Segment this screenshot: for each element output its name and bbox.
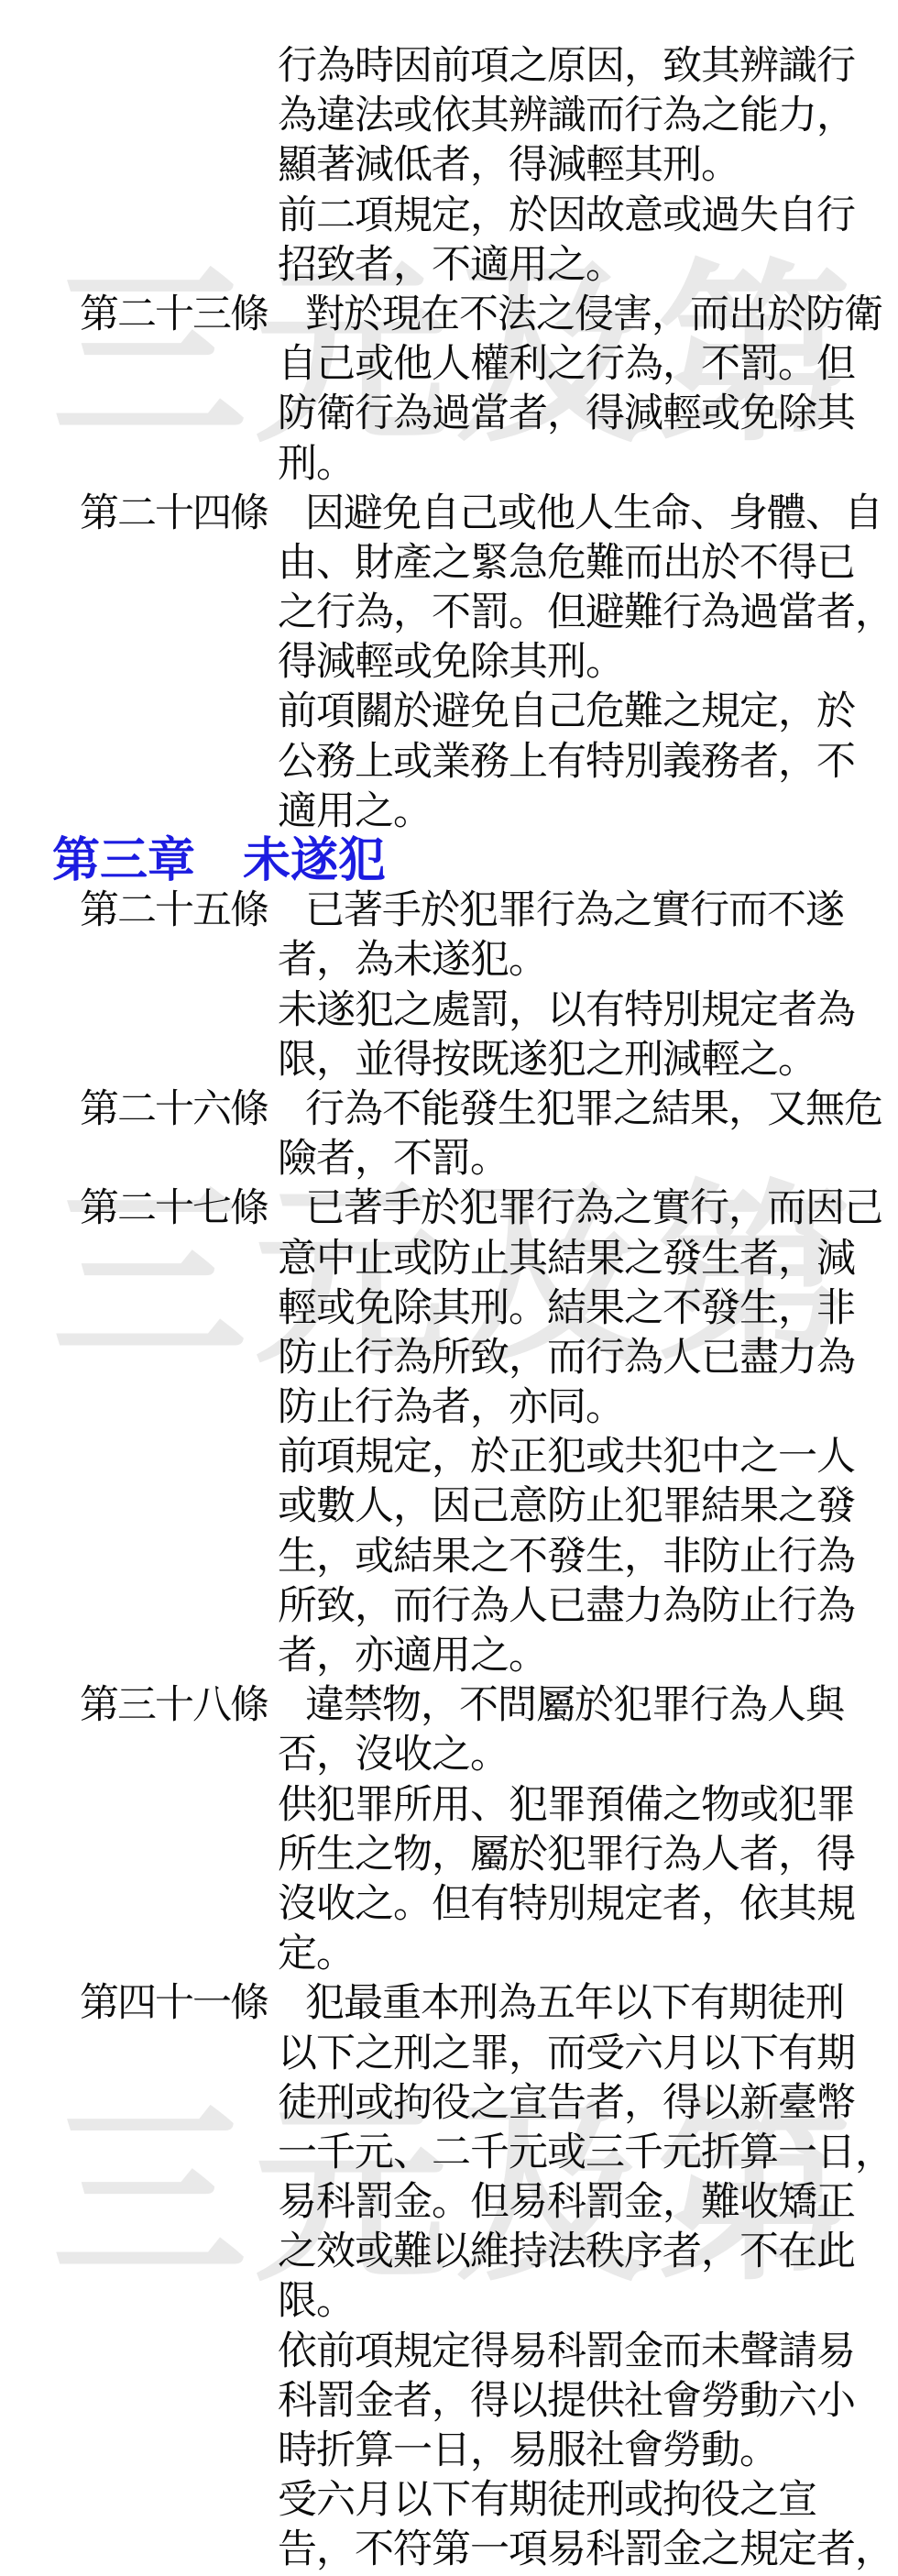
- article-line: 第二十七條已著手於犯罪行為之實行，而因己: [0, 1183, 898, 1233]
- article-line: 第二十五條已著手於犯罪行為之實行而不遂: [0, 886, 898, 935]
- line-text: 得減輕或免除其刑。: [278, 639, 624, 685]
- line-text: 限，並得按既遂犯之刑減輕之。: [278, 1037, 816, 1083]
- article-number: 第二十三條: [80, 290, 305, 339]
- chapter-title: 第三章 未遂犯: [52, 832, 386, 888]
- text-line: 或數人，因己意防止犯罪結果之發: [0, 1481, 898, 1531]
- line-text: 之效或難以維持法秩序者，不在此: [278, 2229, 855, 2274]
- line-text: 前項規定，於正犯或共犯中之一人: [278, 1434, 855, 1480]
- line-text: 否，沒收之。: [278, 1732, 509, 1778]
- text-line: 定。: [0, 1929, 898, 1978]
- text-line: 防止行為所致，而行為人已盡力為: [0, 1333, 898, 1382]
- line-text: 防衛行為過當者，得減輕或免除其: [278, 391, 855, 436]
- line-text: 之行為，不罰。但避難行為過當者，: [278, 589, 893, 635]
- line-text: 時折算一日，易服社會勞動。: [278, 2427, 778, 2473]
- text-line: 易科罰金。但易科罰金，難收矯正: [0, 2177, 898, 2227]
- line-text: 所致，而行為人已盡力為防止行為: [278, 1583, 855, 1629]
- line-text: 由、財產之緊急危難而出於不得已: [278, 540, 855, 586]
- line-text: 對於現在不法之侵害，而出於防衛: [305, 292, 882, 337]
- line-text: 者，為未遂犯。: [278, 937, 547, 983]
- text-line: 生，或結果之不發生，非防止行為: [0, 1532, 898, 1581]
- text-line: 以下之刑之罪，而受六月以下有期: [0, 2029, 898, 2078]
- article-number: 第二十四條: [80, 489, 305, 538]
- line-text: 適用之。: [278, 788, 432, 834]
- text-line: 之行為，不罰。但避難行為過當者，: [0, 588, 898, 637]
- text-line: 限。: [0, 2276, 898, 2326]
- line-text: 為違法或依其辨識而行為之能力，: [278, 93, 855, 138]
- line-text: 已著手於犯罪行為之實行而不遂: [305, 887, 844, 933]
- line-text: 已著手於犯罪行為之實行，而因己: [305, 1185, 882, 1231]
- line-text: 供犯罪所用、犯罪預備之物或犯罪: [278, 1782, 855, 1828]
- text-line: 自己或他人權利之行為，不罰。但: [0, 339, 898, 389]
- text-line: 前項規定，於正犯或共犯中之一人: [0, 1432, 898, 1481]
- text-line: 者，亦適用之。: [0, 1631, 898, 1680]
- line-text: 所生之物，屬於犯罪行為人者，得: [278, 1832, 855, 1877]
- line-text: 招致者，不適用之。: [278, 242, 624, 288]
- line-text: 告，不符第一項易科罰金之規定者，: [278, 2526, 893, 2572]
- article-number: 第二十六條: [80, 1084, 305, 1134]
- text-line: 限，並得按既遂犯之刑減輕之。: [0, 1035, 898, 1084]
- line-text: 依前項規定得易科罰金而未聲請易: [278, 2328, 855, 2374]
- line-text: 違禁物，不問屬於犯罪行為人與: [305, 1682, 844, 1728]
- line-text: 自己或他人權利之行為，不罰。但: [278, 341, 855, 387]
- line-text: 以下之刑之罪，而受六月以下有期: [278, 2031, 855, 2076]
- text-line: 前二項規定，於因故意或過失自行: [0, 191, 898, 240]
- article-line: 第二十六條行為不能發生犯罪之結果，又無危: [0, 1084, 898, 1134]
- text-line: 依前項規定得易科罰金而未聲請易: [0, 2327, 898, 2376]
- line-text: 防止行為所致，而行為人已盡力為: [278, 1335, 855, 1381]
- text-line: 告，不符第一項易科罰金之規定者，: [0, 2525, 898, 2574]
- line-text: 前二項規定，於因故意或過失自行: [278, 193, 855, 238]
- text-line: 險者，不罰。: [0, 1134, 898, 1183]
- text-line: 得減輕或免除其刑。: [0, 637, 898, 687]
- line-text: 生，或結果之不發生，非防止行為: [278, 1534, 855, 1580]
- text-line: 為違法或依其辨識而行為之能力，: [0, 91, 898, 140]
- text-line: 一千元、二千元或三千元折算一日，: [0, 2128, 898, 2177]
- text-line: 防衛行為過當者，得減輕或免除其: [0, 389, 898, 438]
- line-text: 公務上或業務上有特別義務者，不: [278, 739, 855, 785]
- text-line: 顯著減低者，得減輕其刑。: [0, 140, 898, 190]
- line-text: 定。: [278, 1931, 355, 1976]
- line-text: 受六月以下有期徒刑或拘役之宣: [278, 2477, 816, 2523]
- text-line: 供犯罪所用、犯罪預備之物或犯罪: [0, 1780, 898, 1830]
- text-line: 公務上或業務上有特別義務者，不: [0, 737, 898, 787]
- chapter-heading: 第三章 未遂犯: [0, 836, 898, 886]
- article-line: 第二十三條對於現在不法之侵害，而出於防衛: [0, 290, 898, 339]
- article-line: 第三十八條違禁物，不問屬於犯罪行為人與: [0, 1680, 898, 1730]
- article-number: 第二十七條: [80, 1183, 305, 1233]
- document-content: 行為時因前項之原因，致其辨識行為違法或依其辨識而行為之能力，顯著減低者，得減輕其…: [0, 41, 898, 2575]
- line-text: 易科罰金。但易科罰金，難收矯正: [278, 2179, 855, 2225]
- line-text: 因避免自己或他人生命、身體、自: [305, 490, 882, 536]
- line-text: 意中止或防止其結果之發生者，減: [278, 1236, 855, 1282]
- line-text: 險者，不罰。: [278, 1136, 509, 1182]
- article-number: 第二十五條: [80, 886, 305, 935]
- line-text: 犯最重本刑為五年以下有期徒刑: [305, 1980, 844, 2026]
- text-line: 徒刑或拘役之宣告者，得以新臺幣: [0, 2078, 898, 2128]
- text-line: 否，沒收之。: [0, 1730, 898, 1779]
- line-text: 刑。: [278, 441, 355, 487]
- text-line: 所致，而行為人已盡力為防止行為: [0, 1581, 898, 1631]
- text-line: 所生之物，屬於犯罪行為人者，得: [0, 1830, 898, 1879]
- line-text: 顯著減低者，得減輕其刑。: [278, 142, 739, 188]
- article-line: 第二十四條因避免自己或他人生命、身體、自: [0, 489, 898, 538]
- text-line: 意中止或防止其結果之發生者，減: [0, 1234, 898, 1283]
- text-line: 時折算一日，易服社會勞動。: [0, 2426, 898, 2475]
- line-text: 防止行為者，亦同。: [278, 1384, 624, 1430]
- text-line: 者，為未遂犯。: [0, 935, 898, 985]
- article-number: 第三十八條: [80, 1680, 305, 1730]
- text-line: 科罰金者，得以提供社會勞動六小: [0, 2376, 898, 2426]
- text-line: 未遂犯之處罰，以有特別規定者為: [0, 985, 898, 1035]
- text-line: 防止行為者，亦同。: [0, 1382, 898, 1432]
- article-number: 第四十一條: [80, 1978, 305, 2028]
- text-line: 沒收之。但有特別規定者，依其規: [0, 1879, 898, 1929]
- line-text: 限。: [278, 2278, 355, 2324]
- line-text: 行為不能發生犯罪之結果，又無危: [305, 1086, 882, 1132]
- text-line: 招致者，不適用之。: [0, 240, 898, 290]
- line-text: 未遂犯之處罰，以有特別規定者為: [278, 987, 855, 1033]
- line-text: 者，亦適用之。: [278, 1633, 547, 1679]
- text-line: 受六月以下有期徒刑或拘役之宣: [0, 2475, 898, 2525]
- text-line: 輕或免除其刑。結果之不發生，非: [0, 1283, 898, 1333]
- text-line: 刑。: [0, 439, 898, 489]
- line-text: 行為時因前項之原因，致其辨識行: [278, 43, 855, 89]
- text-line: 之效或難以維持法秩序者，不在此: [0, 2227, 898, 2276]
- line-text: 科罰金者，得以提供社會勞動六小: [278, 2378, 855, 2424]
- document-page: 三元及第三元及第三元及第 行為時因前項之原因，致其辨識行為違法或依其辨識而行為之…: [0, 0, 898, 2576]
- text-line: 前項關於避免自己危難之規定，於: [0, 687, 898, 736]
- line-text: 沒收之。但有特別規定者，依其規: [278, 1881, 855, 1927]
- line-text: 一千元、二千元或三千元折算一日，: [278, 2130, 893, 2175]
- line-text: 或數人，因己意防止犯罪結果之發: [278, 1483, 855, 1529]
- line-text: 輕或免除其刑。結果之不發生，非: [278, 1285, 855, 1331]
- text-line: 適用之。: [0, 787, 898, 836]
- article-line: 第四十一條犯最重本刑為五年以下有期徒刑: [0, 1978, 898, 2028]
- text-line: 行為時因前項之原因，致其辨識行: [0, 41, 898, 91]
- line-text: 徒刑或拘役之宣告者，得以新臺幣: [278, 2080, 855, 2126]
- line-text: 前項關於避免自己危難之規定，於: [278, 688, 855, 734]
- text-line: 由、財產之緊急危難而出於不得已: [0, 538, 898, 588]
